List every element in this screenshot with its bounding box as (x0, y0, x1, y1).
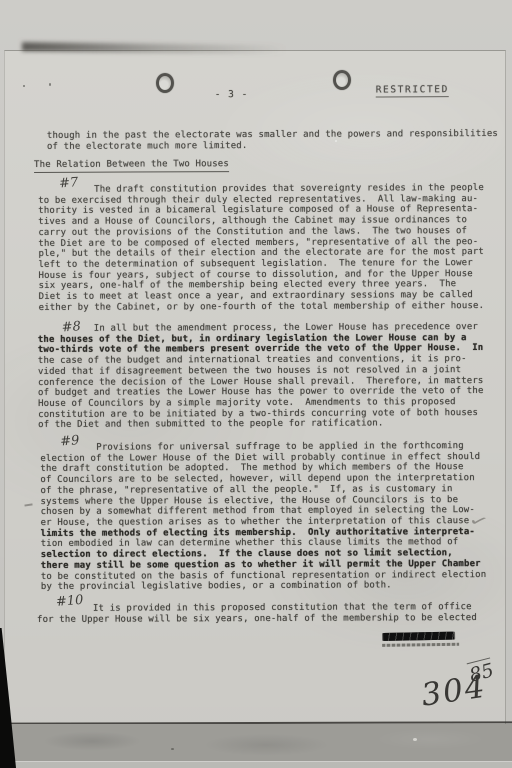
page-number: - 3 - (215, 89, 249, 100)
redaction-underline (382, 643, 459, 647)
typed-line: though in the past the electorate was sm… (47, 129, 498, 142)
redaction-bar (383, 632, 454, 641)
paragraph-10: It is provided in this proposed constitu… (37, 602, 477, 625)
typed-line: of the Diet and then submitted to the pe… (38, 418, 484, 431)
speck (23, 85, 25, 87)
typed-line: by the provincial legislative bodies, or… (41, 580, 487, 593)
classification-stamp: RESTRICTED (376, 84, 449, 97)
intro-paragraph: though in the past the electorate was sm… (47, 129, 498, 152)
typed-line: for the Upper House will be six years, o… (37, 613, 477, 626)
speck (49, 83, 51, 86)
speck (335, 140, 337, 142)
paragraph-7: The draft constitution provides that sov… (38, 183, 484, 314)
speck (413, 738, 417, 741)
typed-line: of the electorate much more limited. (47, 140, 498, 153)
handwritten-number-small: 85 (467, 657, 496, 686)
typed-line: either by the Cabinet, or by one-fourth … (39, 301, 485, 314)
pencil-dash-mark (24, 503, 32, 506)
section-heading: The Relation Between the Two Houses (34, 159, 229, 172)
scanned-document-page: - 3 - RESTRICTED though in the past the … (0, 0, 512, 768)
speck (171, 748, 174, 750)
paragraph-9: Provisions for universal suffrage to be … (40, 441, 486, 593)
paragraph-8: In all but the amendment process, the Lo… (38, 322, 484, 431)
